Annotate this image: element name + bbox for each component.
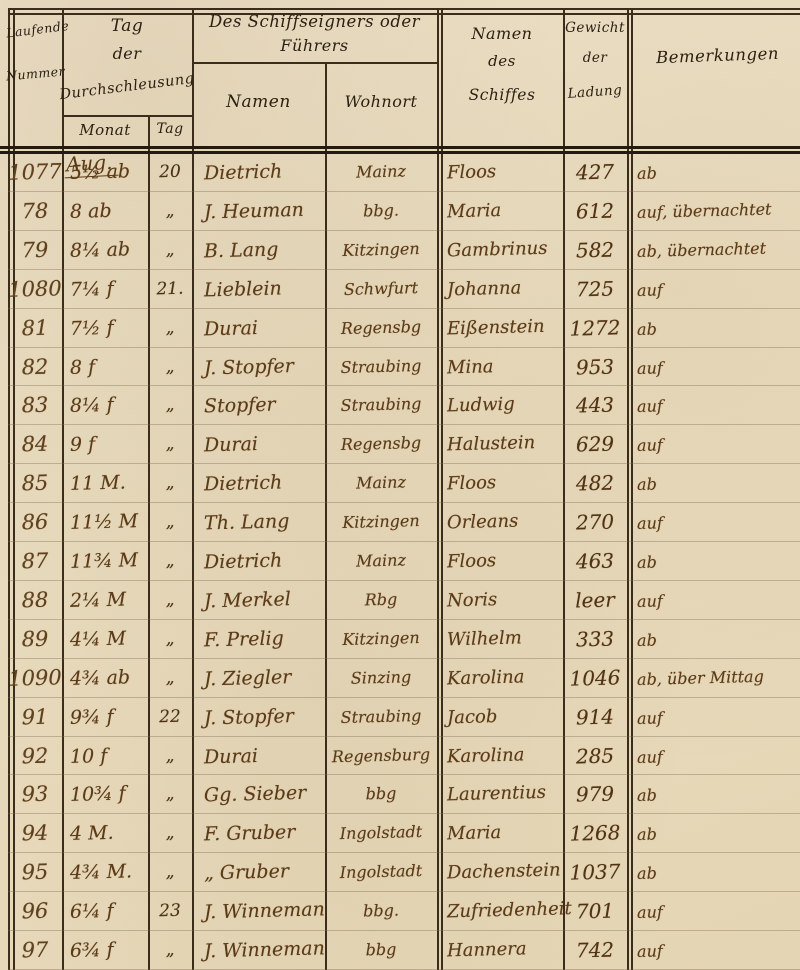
cell-time: 5½ ab bbox=[62, 152, 149, 192]
cell-weight: 427 bbox=[563, 152, 628, 192]
table-row: 976¾ f„J. WinnemanbbgHannera742auf bbox=[8, 931, 800, 970]
cell-remark: auf bbox=[627, 890, 800, 932]
cell-time: 6¼ f bbox=[62, 891, 149, 931]
cell-number: 89 bbox=[8, 619, 63, 658]
cell-number: 85 bbox=[8, 464, 63, 503]
table-row: 954¾ M.„„ GruberIngolstadtDachenstein103… bbox=[8, 853, 800, 892]
cell-ship-name: Halustein bbox=[437, 424, 564, 465]
cell-weight: 333 bbox=[563, 619, 628, 659]
cell-ship-name: Gambrinus bbox=[437, 229, 564, 270]
cell-number: 91 bbox=[8, 697, 63, 736]
cell-remark: auf bbox=[627, 734, 800, 776]
cell-weight: 979 bbox=[563, 775, 628, 815]
cell-number: 79 bbox=[8, 230, 63, 269]
cell-owner-name: J. Winneman bbox=[192, 890, 326, 931]
cell-remark: ab bbox=[627, 151, 800, 193]
cell-day: „ bbox=[148, 658, 193, 697]
cell-remark: auf bbox=[627, 579, 800, 621]
cell-number: 95 bbox=[8, 853, 63, 892]
cell-owner-name: J. Heuman bbox=[192, 190, 326, 231]
subheader-namen: Namen bbox=[192, 92, 325, 113]
cell-day: „ bbox=[148, 230, 193, 269]
cell-weight: 953 bbox=[563, 347, 628, 387]
scanned-ledger-page: { "colors": { "paper": "#e9dcbe", "heade… bbox=[0, 0, 800, 970]
cell-time: 11 M. bbox=[62, 463, 149, 503]
cell-time: 4¼ M bbox=[62, 619, 149, 659]
cell-owner-name: Durai bbox=[192, 735, 326, 776]
cell-residence: Regensbg bbox=[325, 307, 438, 348]
cell-remark: auf bbox=[627, 695, 800, 737]
cell-residence: Sinzing bbox=[325, 657, 438, 698]
cell-time: 11½ M bbox=[62, 502, 149, 542]
cell-residence: bbg bbox=[325, 930, 438, 970]
cell-day: „ bbox=[148, 541, 193, 580]
table-row: 10807¼ f21.LiebleinSchwfurtJohanna725auf bbox=[8, 270, 800, 309]
cell-number: 97 bbox=[8, 930, 63, 969]
table-row: 838¼ f„StopferStraubingLudwig443auf bbox=[8, 386, 800, 425]
cell-time: 8¼ f bbox=[62, 385, 149, 425]
cell-weight: 482 bbox=[563, 463, 628, 503]
cell-residence: bbg bbox=[325, 774, 438, 815]
cell-owner-name: J. Stopfer bbox=[192, 696, 326, 737]
cell-day: „ bbox=[148, 464, 193, 503]
cell-number: 1080 bbox=[8, 269, 63, 308]
cell-remark: auf bbox=[627, 384, 800, 426]
table-row: 788 ab„J. Heumanbbg.Maria612auf, übernac… bbox=[8, 192, 800, 231]
cell-day: „ bbox=[148, 580, 193, 619]
table-row: 798¼ ab„B. LangKitzingenGambrinus582ab, … bbox=[8, 231, 800, 270]
cell-owner-name: F. Prelig bbox=[192, 618, 326, 659]
header-remarks: Bemerkungen bbox=[635, 43, 800, 69]
cell-ship-name: Wilhelm bbox=[437, 618, 564, 659]
cell-day: „ bbox=[148, 814, 193, 853]
cell-time: 6¾ f bbox=[62, 930, 149, 970]
cell-ship-name: Maria bbox=[437, 813, 564, 854]
cell-weight: 701 bbox=[563, 891, 628, 931]
cell-time: 4 M. bbox=[62, 813, 149, 853]
cell-residence: Straubing bbox=[325, 696, 438, 737]
cell-number: 96 bbox=[8, 891, 63, 930]
cell-time: 8¼ ab bbox=[62, 230, 149, 270]
cell-ship-name: Johanna bbox=[437, 268, 564, 309]
table-row: 849 f„DuraiRegensbgHalustein629auf bbox=[8, 425, 800, 464]
cell-weight: 463 bbox=[563, 541, 628, 581]
cell-weight: 629 bbox=[563, 424, 628, 464]
cell-residence: Ingolstadt bbox=[325, 813, 438, 854]
cell-owner-name: Lieblein bbox=[192, 268, 326, 309]
cell-number: 93 bbox=[8, 775, 63, 814]
header-day-line3: Durchschleusung bbox=[57, 70, 196, 105]
table-row: 8711¾ M„DietrichMainzFloos463ab bbox=[8, 542, 800, 581]
cell-residence: Regensbg bbox=[325, 424, 438, 465]
cell-owner-name: F. Gruber bbox=[192, 813, 326, 854]
cell-owner-name: Dietrich bbox=[192, 151, 326, 192]
cell-ship-name: Maria bbox=[437, 190, 564, 231]
table-border-top bbox=[8, 8, 800, 10]
cell-time: 11¾ M bbox=[62, 541, 149, 581]
header-weight-line3: Ladung bbox=[558, 82, 631, 104]
cell-number: 94 bbox=[8, 814, 63, 853]
cell-day: 23 bbox=[148, 892, 193, 931]
cell-weight: 742 bbox=[563, 930, 628, 970]
table-row: 9310¾ f„Gg. SieberbbgLaurentius979ab bbox=[8, 775, 800, 814]
cell-day: „ bbox=[148, 503, 193, 542]
cell-ship-name: Eißenstein bbox=[437, 307, 564, 348]
cell-residence: Straubing bbox=[325, 385, 438, 426]
cell-day: „ bbox=[148, 931, 193, 970]
cell-day: „ bbox=[148, 619, 193, 658]
cell-remark: auf, übernachtet bbox=[627, 190, 800, 232]
cell-ship-name: Zufriedenheit bbox=[437, 891, 564, 932]
cell-owner-name: J. Ziegler bbox=[192, 657, 326, 698]
header-ship-line2: des bbox=[441, 52, 563, 71]
cell-day: 20 bbox=[148, 152, 193, 191]
cell-ship-name: Floos bbox=[437, 540, 564, 581]
cell-number: 1090 bbox=[8, 658, 63, 697]
cell-number: 86 bbox=[8, 502, 63, 541]
table-row: 944 M.„F. GruberIngolstadtMaria1268ab bbox=[8, 814, 800, 853]
cell-owner-name: Dietrich bbox=[192, 540, 326, 581]
cell-remark: ab, über Mittag bbox=[627, 656, 800, 698]
cell-ship-name: Karolina bbox=[437, 735, 564, 776]
cell-owner-name: J. Stopfer bbox=[192, 346, 326, 387]
cell-weight: leer bbox=[563, 580, 628, 620]
header-ship-line3: Schiffes bbox=[441, 86, 563, 105]
cell-remark: auf bbox=[627, 267, 800, 309]
cell-residence: Ingolstadt bbox=[325, 852, 438, 893]
cell-weight: 285 bbox=[563, 736, 628, 776]
header-owner-line2: Führers bbox=[192, 36, 437, 56]
cell-residence: Regensburg bbox=[325, 735, 438, 776]
table-row: 8511 M.„DietrichMainzFloos482ab bbox=[8, 464, 800, 503]
cell-time: 9 f bbox=[62, 424, 149, 464]
cell-remark: ab bbox=[627, 812, 800, 854]
cell-number: 78 bbox=[8, 191, 63, 230]
cell-weight: 1268 bbox=[563, 814, 628, 854]
table-row: 882¼ M„J. MerkelRbgNorisleerauf bbox=[8, 581, 800, 620]
cell-residence: Kitzingen bbox=[325, 229, 438, 270]
monat-subheader-rule bbox=[62, 115, 192, 117]
cell-weight: 725 bbox=[563, 269, 628, 309]
cell-remark: ab bbox=[627, 773, 800, 815]
table-body: 10775½ ab20DietrichMainzFloos427ab788 ab… bbox=[8, 153, 800, 970]
cell-weight: 1272 bbox=[563, 308, 628, 348]
cell-day: „ bbox=[148, 853, 193, 892]
cell-ship-name: Orleans bbox=[437, 501, 564, 542]
cell-number: 81 bbox=[8, 308, 63, 347]
cell-number: 83 bbox=[8, 386, 63, 425]
cell-day: 21. bbox=[148, 269, 193, 308]
cell-time: 4¾ M. bbox=[62, 852, 149, 892]
cell-ship-name: Hannera bbox=[437, 929, 564, 970]
table-row: 817½ f„DuraiRegensbgEißenstein1272ab bbox=[8, 309, 800, 348]
cell-residence: Rbg bbox=[325, 579, 438, 620]
cell-owner-name: „ Gruber bbox=[192, 852, 326, 893]
cell-ship-name: Karolina bbox=[437, 657, 564, 698]
cell-owner-name: Durai bbox=[192, 307, 326, 348]
table-row: 919¾ f22J. StopferStraubingJacob914auf bbox=[8, 698, 800, 737]
cell-number: 1077 bbox=[8, 152, 63, 191]
cell-residence: Mainz bbox=[325, 541, 438, 582]
table-row: 9210 f„DuraiRegensburgKarolina285auf bbox=[8, 737, 800, 776]
cell-time: 8 ab bbox=[62, 191, 149, 231]
cell-residence: Schwfurt bbox=[325, 268, 438, 309]
cell-day: „ bbox=[148, 386, 193, 425]
cell-ship-name: Floos bbox=[437, 151, 564, 192]
subheader-wohnort: Wohnort bbox=[325, 92, 437, 112]
cell-ship-name: Laurentius bbox=[437, 774, 564, 815]
cell-owner-name: Stopfer bbox=[192, 385, 326, 426]
cell-number: 84 bbox=[8, 425, 63, 464]
owner-subheader-rule bbox=[192, 62, 437, 64]
cell-owner-name: J. Winneman bbox=[192, 929, 326, 970]
header-ship-line1: Namen bbox=[441, 24, 563, 44]
cell-residence: Mainz bbox=[325, 152, 438, 193]
cell-day: „ bbox=[148, 347, 193, 386]
cell-residence: Kitzingen bbox=[325, 502, 438, 543]
cell-residence: bbg. bbox=[325, 891, 438, 932]
cell-remark: auf bbox=[627, 345, 800, 387]
cell-weight: 443 bbox=[563, 386, 628, 426]
cell-weight: 914 bbox=[563, 697, 628, 737]
subheader-monat: Monat bbox=[62, 121, 148, 140]
cell-owner-name: Durai bbox=[192, 424, 326, 465]
cell-ship-name: Dachenstein bbox=[437, 852, 564, 893]
cell-owner-name: Gg. Sieber bbox=[192, 774, 326, 815]
cell-residence: Kitzingen bbox=[325, 618, 438, 659]
cell-remark: ab bbox=[627, 462, 800, 504]
cell-time: 2¼ M bbox=[62, 580, 149, 620]
header-body-rule bbox=[0, 146, 800, 149]
cell-weight: 582 bbox=[563, 230, 628, 270]
cell-time: 7¼ f bbox=[62, 269, 149, 309]
subheader-tag: Tag bbox=[148, 121, 192, 139]
cell-number: 82 bbox=[8, 347, 63, 386]
cell-owner-name: J. Merkel bbox=[192, 579, 326, 620]
cell-weight: 1037 bbox=[563, 852, 628, 892]
cell-time: 10 f bbox=[62, 735, 149, 775]
cell-number: 92 bbox=[8, 736, 63, 775]
cell-remark: ab bbox=[627, 540, 800, 582]
cell-day: „ bbox=[148, 736, 193, 775]
cell-time: 10¾ f bbox=[62, 774, 149, 814]
table-row: 894¼ M„F. PreligKitzingenWilhelm333ab bbox=[8, 620, 800, 659]
table-row: 966¼ f23J. Winnemanbbg.Zufriedenheit701a… bbox=[8, 892, 800, 931]
cell-remark: ab bbox=[627, 618, 800, 660]
cell-time: 9¾ f bbox=[62, 697, 149, 737]
table-row: 828 f„J. StopferStraubingMina953auf bbox=[8, 348, 800, 387]
cell-weight: 1046 bbox=[563, 658, 628, 698]
header-day-line2: der bbox=[62, 44, 192, 64]
header-weight-line1: Gewicht bbox=[561, 20, 629, 37]
cell-remark: auf bbox=[627, 423, 800, 465]
header-weight-line2: der bbox=[561, 50, 629, 67]
cell-remark: auf bbox=[627, 929, 800, 970]
cell-time: 4¾ ab bbox=[62, 658, 149, 698]
cell-time: 7½ f bbox=[62, 307, 149, 347]
cell-residence: Straubing bbox=[325, 346, 438, 387]
cell-day: „ bbox=[148, 425, 193, 464]
cell-owner-name: Th. Lang bbox=[192, 501, 326, 542]
cell-residence: bbg. bbox=[325, 190, 438, 231]
cell-owner-name: Dietrich bbox=[192, 463, 326, 504]
header-day-line1: Tag bbox=[62, 16, 192, 37]
table-row: 10775½ ab20DietrichMainzFloos427ab bbox=[8, 153, 800, 192]
table-row: 8611½ M„Th. LangKitzingenOrleans270auf bbox=[8, 503, 800, 542]
cell-number: 88 bbox=[8, 580, 63, 619]
cell-ship-name: Ludwig bbox=[437, 385, 564, 426]
cell-ship-name: Mina bbox=[437, 346, 564, 387]
cell-number: 87 bbox=[8, 541, 63, 580]
cell-day: 22 bbox=[148, 697, 193, 736]
cell-remark: ab, übernachtet bbox=[627, 229, 800, 271]
header-owner-line1: Des Schiffseigners oder bbox=[192, 12, 437, 33]
cell-ship-name: Floos bbox=[437, 463, 564, 504]
cell-weight: 270 bbox=[563, 502, 628, 542]
cell-day: „ bbox=[148, 191, 193, 230]
cell-remark: auf bbox=[627, 501, 800, 543]
cell-remark: ab bbox=[627, 851, 800, 893]
cell-residence: Mainz bbox=[325, 463, 438, 504]
cell-day: „ bbox=[148, 308, 193, 347]
table-row: 10904¾ ab„J. ZieglerSinzingKarolina1046a… bbox=[8, 659, 800, 698]
cell-weight: 612 bbox=[563, 191, 628, 231]
cell-remark: ab bbox=[627, 306, 800, 348]
cell-day: „ bbox=[148, 775, 193, 814]
cell-owner-name: B. Lang bbox=[192, 229, 326, 270]
cell-time: 8 f bbox=[62, 346, 149, 386]
cell-ship-name: Noris bbox=[437, 579, 564, 620]
cell-ship-name: Jacob bbox=[437, 696, 564, 737]
